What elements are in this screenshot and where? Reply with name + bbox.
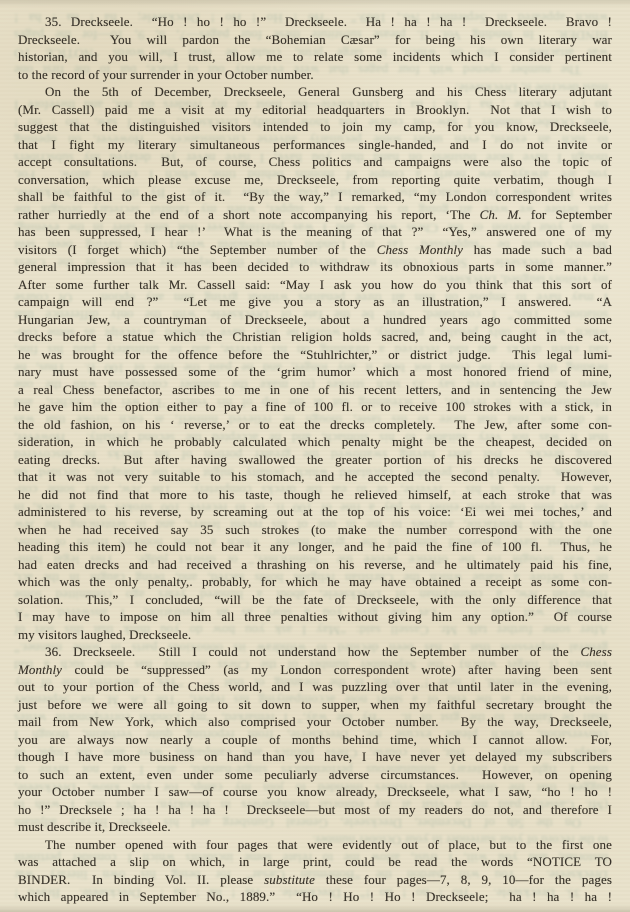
text-line: sideration, in which he probably calcula… xyxy=(18,433,612,451)
text-line: BINDER. In binding Vol. II. please subst… xyxy=(18,871,612,889)
text-line: Hungarian Jew, a countryman of Dreckseel… xyxy=(18,311,612,329)
paragraph-item-35: 35. Dreckseele. “Ho ! ho ! ho !” Dreckse… xyxy=(18,13,612,83)
text-line: ho !” Drecksele ; ha ! ha ! ha ! Dreckse… xyxy=(18,801,612,819)
text-line: campaign will end ?” “Let me give you a … xyxy=(18,293,612,311)
text-line: must describe it, Dreckseele. xyxy=(18,818,612,836)
text-line: which was the only penalty,. probably, f… xyxy=(18,573,612,591)
text-line: that I fight my literary simultaneous pe… xyxy=(18,136,612,154)
text-line: mail from New York, which also comprised… xyxy=(18,713,612,731)
text-line: general impression that it has been deci… xyxy=(18,258,612,276)
text-line: After some further talk Mr. Cassell said… xyxy=(18,276,612,294)
text-line: out to your portion of the Chess world, … xyxy=(18,678,612,696)
text-line: (Mr. Cassell) paid me a visit at my edit… xyxy=(18,101,612,119)
text-line: he did not find that more to his taste, … xyxy=(18,486,612,504)
page-text-column: 35. Dreckseele. “Ho ! ho ! ho !” Dreckse… xyxy=(0,0,630,906)
text-line: I may have to impose on him all three pe… xyxy=(18,608,612,626)
text-line: administered to his reverse, by screamin… xyxy=(18,503,612,521)
text-line: drecks before a statue which the Christi… xyxy=(18,328,612,346)
text-line: your October number I saw—of course you … xyxy=(18,783,612,801)
text-line: you are always now nearly a couple of mo… xyxy=(18,731,612,749)
text-line: which appeared in September No., 1889.” … xyxy=(18,888,612,906)
text-line: eating drecks. But after having swallowe… xyxy=(18,451,612,469)
text-line: The number opened with four pages that w… xyxy=(18,836,612,854)
text-line: shall be faithful to the gist of it. “By… xyxy=(18,188,612,206)
text-line: heading this item) he could not bear it … xyxy=(18,538,612,556)
paragraph-item-35-narrative: On the 5th of December, Dreckseele, Gene… xyxy=(18,83,612,643)
text-line: had eaten drecks and had received a thra… xyxy=(18,556,612,574)
text-line: he was brought for the offence before th… xyxy=(18,346,612,364)
text-line: suggest that the distinguished visitors … xyxy=(18,118,612,136)
text-line: the old fashion, on his ‘ reverse,’ or t… xyxy=(18,416,612,434)
text-line: accept consultations. But, of course, Ch… xyxy=(18,153,612,171)
text-line: solation. This,” I concluded, “will be t… xyxy=(18,591,612,609)
text-line: Dreckseele. You will pardon the “Bohemia… xyxy=(18,31,612,49)
book-page-scan: 35. Dreckseele. “Ho ! ho ! ho !” Dreckse… xyxy=(0,0,630,912)
text-line: nary must have possessed some of the ‘gr… xyxy=(18,363,612,381)
text-line: to the record of your surrender in your … xyxy=(18,66,612,84)
text-line: historian, and you will, I trust, allow … xyxy=(18,48,612,66)
text-line: just before we were all going to sit dow… xyxy=(18,696,612,714)
text-line: On the 5th of December, Dreckseele, Gene… xyxy=(18,83,612,101)
text-line: has been suppressed, I hear !’ What is t… xyxy=(18,223,612,241)
text-line: to such an extent, even under some pecul… xyxy=(18,766,612,784)
text-line: conversation, which please excuse me, Dr… xyxy=(18,171,612,189)
text-line: a real Chess benefactor, ascribes to me … xyxy=(18,381,612,399)
text-line: he gave him the option either to pay a f… xyxy=(18,398,612,416)
paragraph-notice-to-binder: The number opened with four pages that w… xyxy=(18,836,612,906)
text-line: was attached a slip on which, in large p… xyxy=(18,853,612,871)
text-line: rather hurriedly at the end of a short n… xyxy=(18,206,612,224)
text-line: though I have more business on hand than… xyxy=(18,748,612,766)
paragraph-item-36: 36. Dreckseele. Still I could not unders… xyxy=(18,643,612,836)
text-line: that it was not very suitable to his sto… xyxy=(18,468,612,486)
text-line: Monthly could be “suppressed” (as my Lon… xyxy=(18,661,612,679)
text-line: visitors (I forget which) “the September… xyxy=(18,241,612,259)
text-line: 36. Dreckseele. Still I could not unders… xyxy=(18,643,612,661)
text-line: my visitors laughed, Dreckseele. xyxy=(18,626,612,644)
text-line: 35. Dreckseele. “Ho ! ho ! ho !” Dreckse… xyxy=(18,13,612,31)
text-line: when he had received say 35 such strokes… xyxy=(18,521,612,539)
